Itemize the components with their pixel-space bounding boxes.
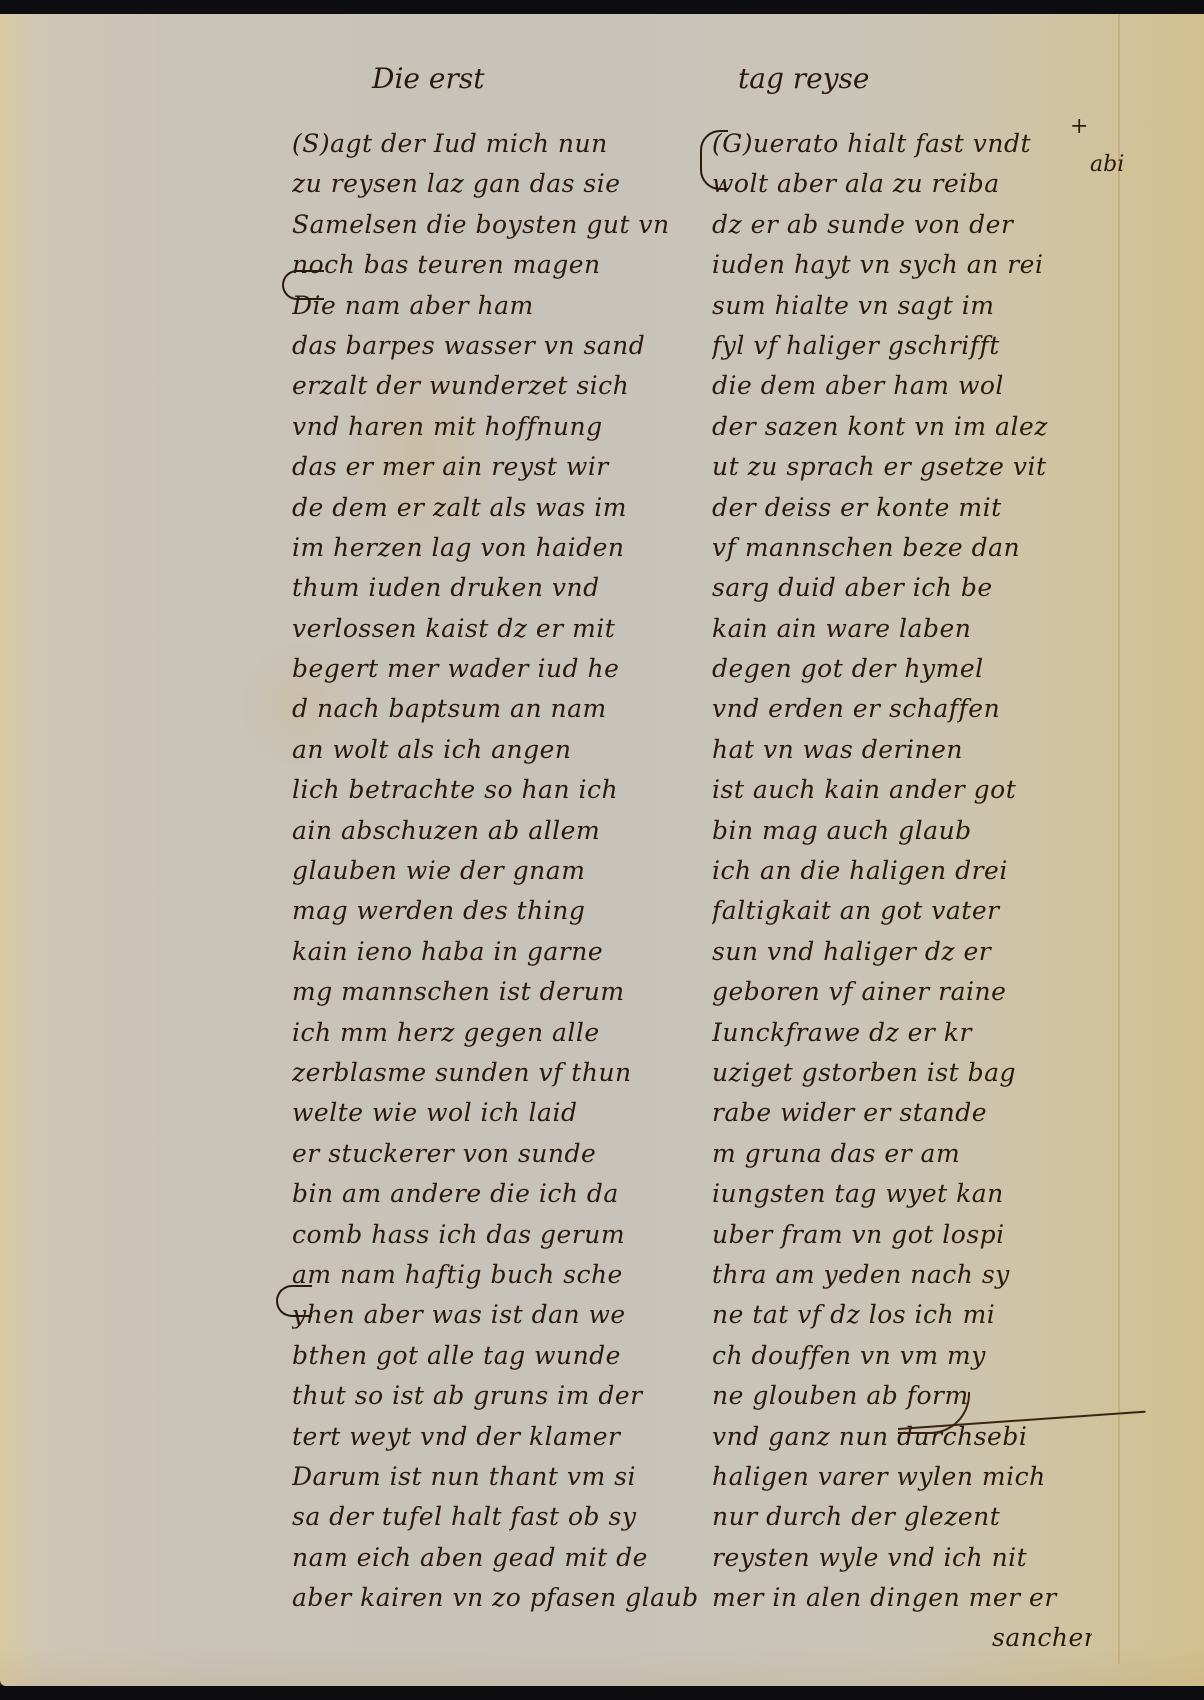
left-line: zerblasme sunden vf thun bbox=[292, 1053, 732, 1093]
right-line: faltigkait an got vater bbox=[712, 891, 1092, 931]
left-line: begert mer wader iud he bbox=[292, 649, 732, 689]
left-line: aber kairen vn zo pfasen glaub bbox=[292, 1578, 732, 1618]
left-line: thut so ist ab gruns im der bbox=[292, 1376, 732, 1416]
left-line: erzalt der wunderzet sich bbox=[292, 366, 732, 406]
page-fold-shadow bbox=[1118, 14, 1120, 1664]
left-line: comb hass ich das gerum bbox=[292, 1215, 732, 1255]
left-line: (S)agt der Iud mich nun bbox=[292, 124, 732, 164]
left-line: das er mer ain reyst wir bbox=[292, 447, 732, 487]
right-running-heading: tag reyse bbox=[738, 62, 869, 95]
right-line: vnd erden er schaffen bbox=[712, 689, 1092, 729]
left-line: kain ieno haba in garne bbox=[292, 932, 732, 972]
left-line: yhen aber was ist dan we bbox=[292, 1295, 732, 1335]
right-line: ch douffen vn vm my bbox=[712, 1336, 1092, 1376]
right-line: thra am yeden nach sy bbox=[712, 1255, 1092, 1295]
left-line: er stuckerer von sunde bbox=[292, 1134, 732, 1174]
right-line: (G)uerato hialt fast vndt bbox=[712, 124, 1092, 164]
right-line-catchword: sanchen gen bbox=[712, 1618, 1092, 1658]
right-line: m gruna das er am bbox=[712, 1134, 1092, 1174]
paragraph-initial-flourish bbox=[282, 270, 324, 300]
right-line: haligen varer wylen mich bbox=[712, 1457, 1092, 1497]
left-line: zu reysen laz gan das sie bbox=[292, 164, 732, 204]
right-line: degen got der hymel bbox=[712, 649, 1092, 689]
right-line: der sazen kont vn im alez bbox=[712, 407, 1092, 447]
right-line: uber fram vn got lospi bbox=[712, 1215, 1092, 1255]
margin-note-abbrev: abi bbox=[1090, 152, 1124, 177]
paragraph-initial-flourish bbox=[276, 1285, 312, 1317]
left-line: bthen got alle tag wunde bbox=[292, 1336, 732, 1376]
left-line: im herzen lag von haiden bbox=[292, 528, 732, 568]
left-line: bin am andere die ich da bbox=[292, 1174, 732, 1214]
right-line: bin mag auch glaub bbox=[712, 811, 1092, 851]
left-text-column: (S)agt der Iud mich nun zu reysen laz ga… bbox=[292, 124, 732, 1618]
right-line: ich an die haligen drei bbox=[712, 851, 1092, 891]
left-line: thum iuden druken vnd bbox=[292, 568, 732, 608]
right-line: geboren vf ainer raine bbox=[712, 972, 1092, 1012]
right-line: iuden hayt vn sych an rei bbox=[712, 245, 1092, 285]
right-line: sun vnd haliger dz er bbox=[712, 932, 1092, 972]
left-line: noch bas teuren magen bbox=[292, 245, 732, 285]
left-line: vnd haren mit hoffnung bbox=[292, 407, 732, 447]
left-line: verlossen kaist dz er mit bbox=[292, 609, 732, 649]
right-line: nur durch der glezent bbox=[712, 1497, 1092, 1537]
right-line: ne tat vf dz los ich mi bbox=[712, 1295, 1092, 1335]
right-line: ist auch kain ander got bbox=[712, 770, 1092, 810]
left-line: lich betrachte so han ich bbox=[292, 770, 732, 810]
right-line: iungsten tag wyet kan bbox=[712, 1174, 1092, 1214]
left-line: ain abschuzen ab allem bbox=[292, 811, 732, 851]
left-line: an wolt als ich angen bbox=[292, 730, 732, 770]
left-line: tert weyt vnd der klamer bbox=[292, 1417, 732, 1457]
left-line: ich mm herz gegen alle bbox=[292, 1013, 732, 1053]
left-line: Darum ist nun thant vm si bbox=[292, 1457, 732, 1497]
left-line: de dem er zalt als was im bbox=[292, 488, 732, 528]
right-line: sum hialte vn sagt im bbox=[712, 286, 1092, 326]
right-line: dz er ab sunde von der bbox=[712, 205, 1092, 245]
right-line: hat vn was derinen bbox=[712, 730, 1092, 770]
right-line: sarg duid aber ich be bbox=[712, 568, 1092, 608]
right-line: kain ain ware laben bbox=[712, 609, 1092, 649]
right-line: fyl vf haliger gschrifft bbox=[712, 326, 1092, 366]
right-line: die dem aber ham wol bbox=[712, 366, 1092, 406]
right-line: ut zu sprach er gsetze vit bbox=[712, 447, 1092, 487]
paragraph-initial-flourish bbox=[700, 130, 728, 190]
left-line: nam eich aben gead mit de bbox=[292, 1538, 732, 1578]
left-line: am nam haftig buch sche bbox=[292, 1255, 732, 1295]
right-line: uziget gstorben ist bag bbox=[712, 1053, 1092, 1093]
left-line: Samelsen die boysten gut vn bbox=[292, 205, 732, 245]
right-line: vf mannschen beze dan bbox=[712, 528, 1092, 568]
right-line: Iunckfrawe dz er kr bbox=[712, 1013, 1092, 1053]
right-line: rabe wider er stande bbox=[712, 1093, 1092, 1133]
left-line: mg mannschen ist derum bbox=[292, 972, 732, 1012]
left-line: sa der tufel halt fast ob sy bbox=[292, 1497, 732, 1537]
left-line: das barpes wasser vn sand bbox=[292, 326, 732, 366]
right-line: wolt aber ala zu reiba bbox=[712, 164, 1092, 204]
left-line: glauben wie der gnam bbox=[292, 851, 732, 891]
left-line: welte wie wol ich laid bbox=[292, 1093, 732, 1133]
left-running-heading: Die erst bbox=[372, 62, 484, 95]
left-line: d nach baptsum an nam bbox=[292, 689, 732, 729]
right-line: mer in alen dingen mer er bbox=[712, 1578, 1092, 1618]
left-line: Die nam aber ham bbox=[292, 286, 732, 326]
right-line: der deiss er konte mit bbox=[712, 488, 1092, 528]
left-line: mag werden des thing bbox=[292, 891, 732, 931]
right-line: reysten wyle vnd ich nit bbox=[712, 1538, 1092, 1578]
